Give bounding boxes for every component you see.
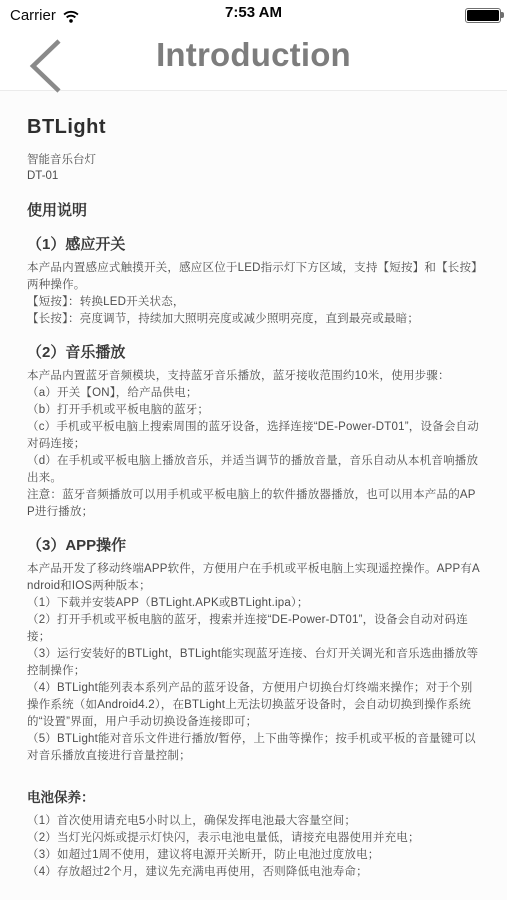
body-line: （4）存放超过2个月，建议先充满电再使用，否则降低电池寿命；: [27, 864, 480, 881]
page-title: Introduction: [0, 36, 507, 74]
content-scroll-area[interactable]: BTLight 智能音乐台灯 DT-01 使用说明 （1）感应开关 本产品内置感…: [0, 90, 507, 900]
usage-instructions-title: 使用说明: [27, 202, 480, 220]
body-line: （4）BTLight能列表本系列产品的蓝牙设备，方便用户切换台灯终端来操作；对于…: [27, 680, 480, 731]
app-screen: Carrier 7:53 AM Introduction: [0, 0, 507, 900]
body-line: （c）手机或平板电脑上搜索周围的蓝牙设备，选择连接“DE-Power-DT01”…: [27, 419, 480, 453]
body-line: （2）当灯光闪烁或提示灯快闪，表示电池电量低，请接充电器使用并充电；: [27, 830, 480, 847]
product-description: 智能音乐台灯: [27, 154, 96, 166]
section-music-playback: （2）音乐播放 本产品内置蓝牙音频模块，支持蓝牙音乐播放，蓝牙接收范围约10米，…: [27, 344, 480, 521]
body-line: 【短按】：转换LED开关状态，: [27, 294, 480, 311]
product-name: BTLight: [27, 115, 480, 139]
body-line: （5）BTLight能对音乐文件进行播放/暂停，上下曲等操作；按手机或平板的音量…: [27, 731, 480, 765]
body-line: 【长按】：亮度调节，持续加大照明亮度或减少照明亮度，直到最亮或最暗；: [27, 311, 480, 328]
body-line: （1）首次使用请充电5小时以上，确保发挥电池最大容量空间；: [27, 813, 480, 830]
status-left: Carrier: [10, 7, 80, 24]
status-right: [465, 8, 499, 23]
body-line: 本产品开发了移动终端APP软件，方便用户在手机或平板电脑上实现遥控操作。APP有…: [27, 561, 480, 595]
body-line: （d）在手机或平板电脑上播放音乐，并适当调节的播放音量，音乐自动从本机音响播放出…: [27, 453, 480, 487]
wifi-icon: [62, 10, 80, 23]
body-line: （2）打开手机或平板电脑的蓝牙，搜索并连接“DE-Power-DT01”，设备会…: [27, 612, 480, 646]
status-bar: Carrier 7:53 AM: [0, 0, 507, 28]
body-line: （1）下载并安装APP（BTLight.APK或BTLight.ipa）；: [27, 595, 480, 612]
section-battery-care: 电池保养： （1）首次使用请充电5小时以上，确保发挥电池最大容量空间； （2）当…: [27, 789, 480, 881]
section-heading: 电池保养：: [27, 789, 480, 807]
section-sensor-switch: （1）感应开关 本产品内置感应式触摸开关，感应区位于LED指示灯下方区域，支持【…: [27, 236, 480, 328]
section-heading: （3）APP操作: [27, 537, 480, 555]
battery-fill: [467, 10, 499, 21]
chevron-left-icon: [26, 37, 66, 95]
battery-icon: [465, 8, 501, 23]
product-model: DT-01: [27, 170, 58, 182]
section-app-operation: （3）APP操作 本产品开发了移动终端APP软件，方便用户在手机或平板电脑上实现…: [27, 537, 480, 765]
section-heading: （2）音乐播放: [27, 344, 480, 362]
nav-bar: Introduction: [0, 28, 507, 90]
product-meta: 智能音乐台灯 DT-01: [27, 153, 480, 184]
body-line: （a）开关【ON】，给产品供电；: [27, 385, 480, 402]
back-button[interactable]: [20, 34, 72, 98]
body-line: 本产品内置蓝牙音频模块，支持蓝牙音乐播放，蓝牙接收范围约10米，使用步骤：: [27, 368, 480, 385]
body-line: （3）如超过1周不使用，建议将电源开关断开，防止电池过度放电；: [27, 847, 480, 864]
body-line: 注意：蓝牙音频播放可以用手机或平板电脑上的软件播放器播放，也可以用本产品的APP…: [27, 487, 480, 521]
section-heading: （1）感应开关: [27, 236, 480, 254]
battery-nub: [501, 12, 504, 18]
carrier-label: Carrier: [10, 7, 56, 24]
body-line: （b）打开手机或平板电脑的蓝牙；: [27, 402, 480, 419]
body-line: （3）运行安装好的BTLight，BTLight能实现蓝牙连接、台灯开关调光和音…: [27, 646, 480, 680]
body-line: 本产品内置感应式触摸开关，感应区位于LED指示灯下方区域，支持【短按】和【长按】…: [27, 260, 480, 294]
